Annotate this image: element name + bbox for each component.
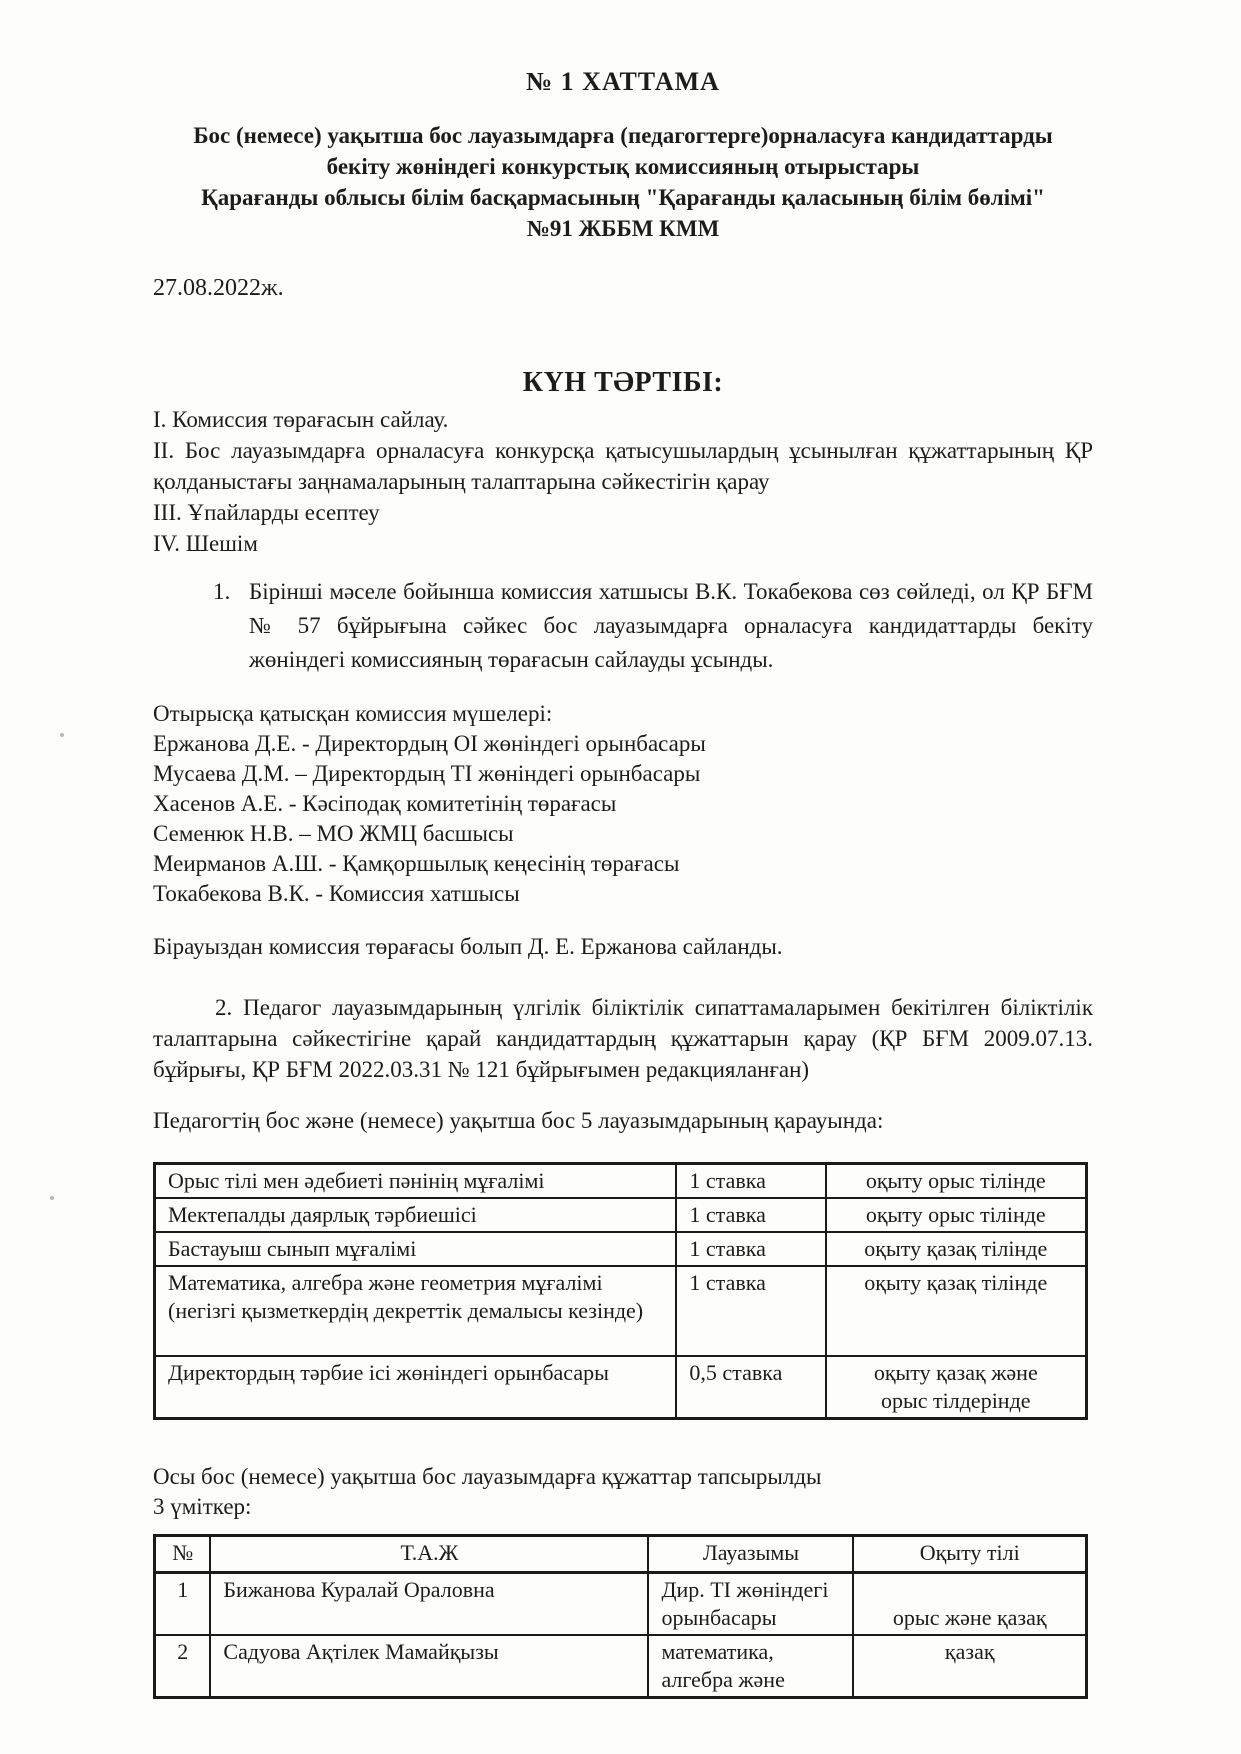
name-cell: Бижанова Куралай Ораловна: [210, 1573, 648, 1636]
num-cell: 2: [155, 1635, 211, 1698]
table-row: Математика, алгебра және геометрия мұғал…: [155, 1266, 1087, 1356]
language-cell: оқыту орыс тілінде: [826, 1164, 1087, 1199]
vacancies-intro: Педагогтің бос және (немесе) уақытша бос…: [153, 1105, 1093, 1136]
header-num: №: [155, 1536, 211, 1573]
name-cell: Садуова Ақтілек Мамайқызы: [210, 1635, 648, 1698]
scan-speck: [60, 733, 64, 737]
member-line: Хасенов А.Е. - Кәсіподақ комитетінің төр…: [153, 789, 1093, 819]
table-row: Мектепалды даярлық тәрбиешісі 1 ставка о…: [155, 1198, 1087, 1232]
header-position: Лауазымы: [648, 1536, 853, 1573]
header-name: Т.А.Ж: [210, 1536, 648, 1573]
scan-speck: [50, 1196, 54, 1200]
agenda-item: II. Бос лауазымдарға орналасуға конкурсқ…: [153, 435, 1093, 497]
item-number: 1.: [213, 575, 249, 677]
document-page: № 1 ХАТТАМА Бос (немесе) уақытша бос лау…: [0, 0, 1241, 1754]
commission-members: Отырысқа қатысқан комиссия мүшелері: Ерж…: [153, 699, 1093, 909]
document-content: № 1 ХАТТАМА Бос (немесе) уақытша бос лау…: [153, 0, 1093, 1699]
position-cell: Мектепалды даярлық тәрбиешісі: [155, 1198, 677, 1232]
position-cell: Математика, алгебра және геометрия мұғал…: [155, 1266, 677, 1356]
member-line: Токабекова В.К. - Комиссия хатшысы: [153, 879, 1093, 909]
subtitle-line: бекіту жөніндегі конкурстық комиссияның …: [153, 151, 1093, 182]
members-heading: Отырысқа қатысқан комиссия мүшелері:: [153, 699, 1093, 729]
agenda-item: I. Комиссия төрағасын сайлау.: [153, 404, 1093, 435]
position-cell: Бастауыш сынып мұғалімі: [155, 1232, 677, 1266]
header-language: Оқыту тілі: [853, 1536, 1086, 1573]
table-row: Директордың тәрбие ісі жөніндегі орынбас…: [155, 1356, 1087, 1419]
candidates-intro-line: Осы бос (немесе) уақытша бос лауазымдарғ…: [153, 1462, 1093, 1492]
page-title: № 1 ХАТТАМА: [153, 66, 1093, 98]
vacancies-table: Орыс тілі мен әдебиеті пәнінің мұғалімі …: [153, 1162, 1088, 1420]
table-row: Бастауыш сынып мұғалімі 1 ставка оқыту қ…: [155, 1232, 1087, 1266]
language-cell: орыс және қазақ: [853, 1573, 1086, 1636]
subtitle-line: №91 ЖББМ КММ: [153, 213, 1093, 244]
rate-cell: 1 ставка: [676, 1232, 825, 1266]
member-line: Ержанова Д.Е. - Директордың ОІ жөніндегі…: [153, 729, 1093, 759]
agenda-item: III. Ұпайларды есептеу: [153, 497, 1093, 528]
table-row: Орыс тілі мен әдебиеті пәнінің мұғалімі …: [155, 1164, 1087, 1199]
rate-cell: 1 ставка: [676, 1198, 825, 1232]
candidates-intro: Осы бос (немесе) уақытша бос лауазымдарғ…: [153, 1462, 1093, 1522]
position-cell: математика, алгебра және: [648, 1635, 853, 1698]
position-cell: Орыс тілі мен әдебиеті пәнінің мұғалімі: [155, 1164, 677, 1199]
rate-cell: 0,5 ставка: [676, 1356, 825, 1419]
language-cell: оқыту орыс тілінде: [826, 1198, 1087, 1232]
candidates-table: № Т.А.Ж Лауазымы Оқыту тілі 1 Бижанова К…: [153, 1534, 1088, 1699]
language-cell: оқыту қазақ тілінде: [826, 1232, 1087, 1266]
table-header-row: № Т.А.Ж Лауазымы Оқыту тілі: [155, 1536, 1087, 1573]
table-row: 1 Бижанова Куралай Ораловна Дир. ТІ жөні…: [155, 1573, 1087, 1636]
member-line: Мусаева Д.М. – Директордың ТІ жөніндегі …: [153, 759, 1093, 789]
agenda-heading: КҮН ТӘРТІБІ:: [153, 364, 1093, 402]
subtitle-line: Бос (немесе) уақытша бос лауазымдарға (п…: [153, 120, 1093, 151]
position-cell: Директордың тәрбие ісі жөніндегі орынбас…: [155, 1356, 677, 1419]
rate-cell: 1 ставка: [676, 1164, 825, 1199]
language-cell: оқыту қазақ тілінде: [826, 1266, 1087, 1356]
agenda-list: I. Комиссия төрағасын сайлау. II. Бос ла…: [153, 404, 1093, 559]
member-line: Семенюк Н.В. – МО ЖМЦ басшысы: [153, 819, 1093, 849]
minutes-item-1: 1. Бірінші мәселе бойынша комиссия хатшы…: [153, 575, 1093, 677]
language-cell: оқыту қазақ және орыс тілдерінде: [826, 1356, 1087, 1419]
member-line: Меирманов А.Ш. - Қамқоршылық кеңесінің т…: [153, 849, 1093, 879]
table-row: 2 Садуова Ақтілек Мамайқызы математика, …: [155, 1635, 1087, 1698]
document-date: 27.08.2022ж.: [153, 272, 1093, 304]
chairman-decision: Бірауыздан комиссия төрағасы болып Д. Е.…: [153, 931, 1093, 962]
agenda-item: IV. Шешім: [153, 528, 1093, 559]
num-cell: 1: [155, 1573, 211, 1636]
item-text: Бірінші мәселе бойынша комиссия хатшысы …: [249, 575, 1093, 677]
candidates-intro-line: 3 үміткер:: [153, 1492, 1093, 1522]
subtitle-line: Қарағанды облысы білім басқармасының "Қа…: [153, 182, 1093, 213]
language-cell: қазақ: [853, 1635, 1086, 1698]
rate-cell: 1 ставка: [676, 1266, 825, 1356]
document-subtitle: Бос (немесе) уақытша бос лауазымдарға (п…: [153, 120, 1093, 244]
minutes-item-2: 2. Педагог лауазымдарының үлгілік білікт…: [153, 992, 1093, 1085]
position-cell: Дир. ТІ жөніндегі орынбасары: [648, 1573, 853, 1636]
